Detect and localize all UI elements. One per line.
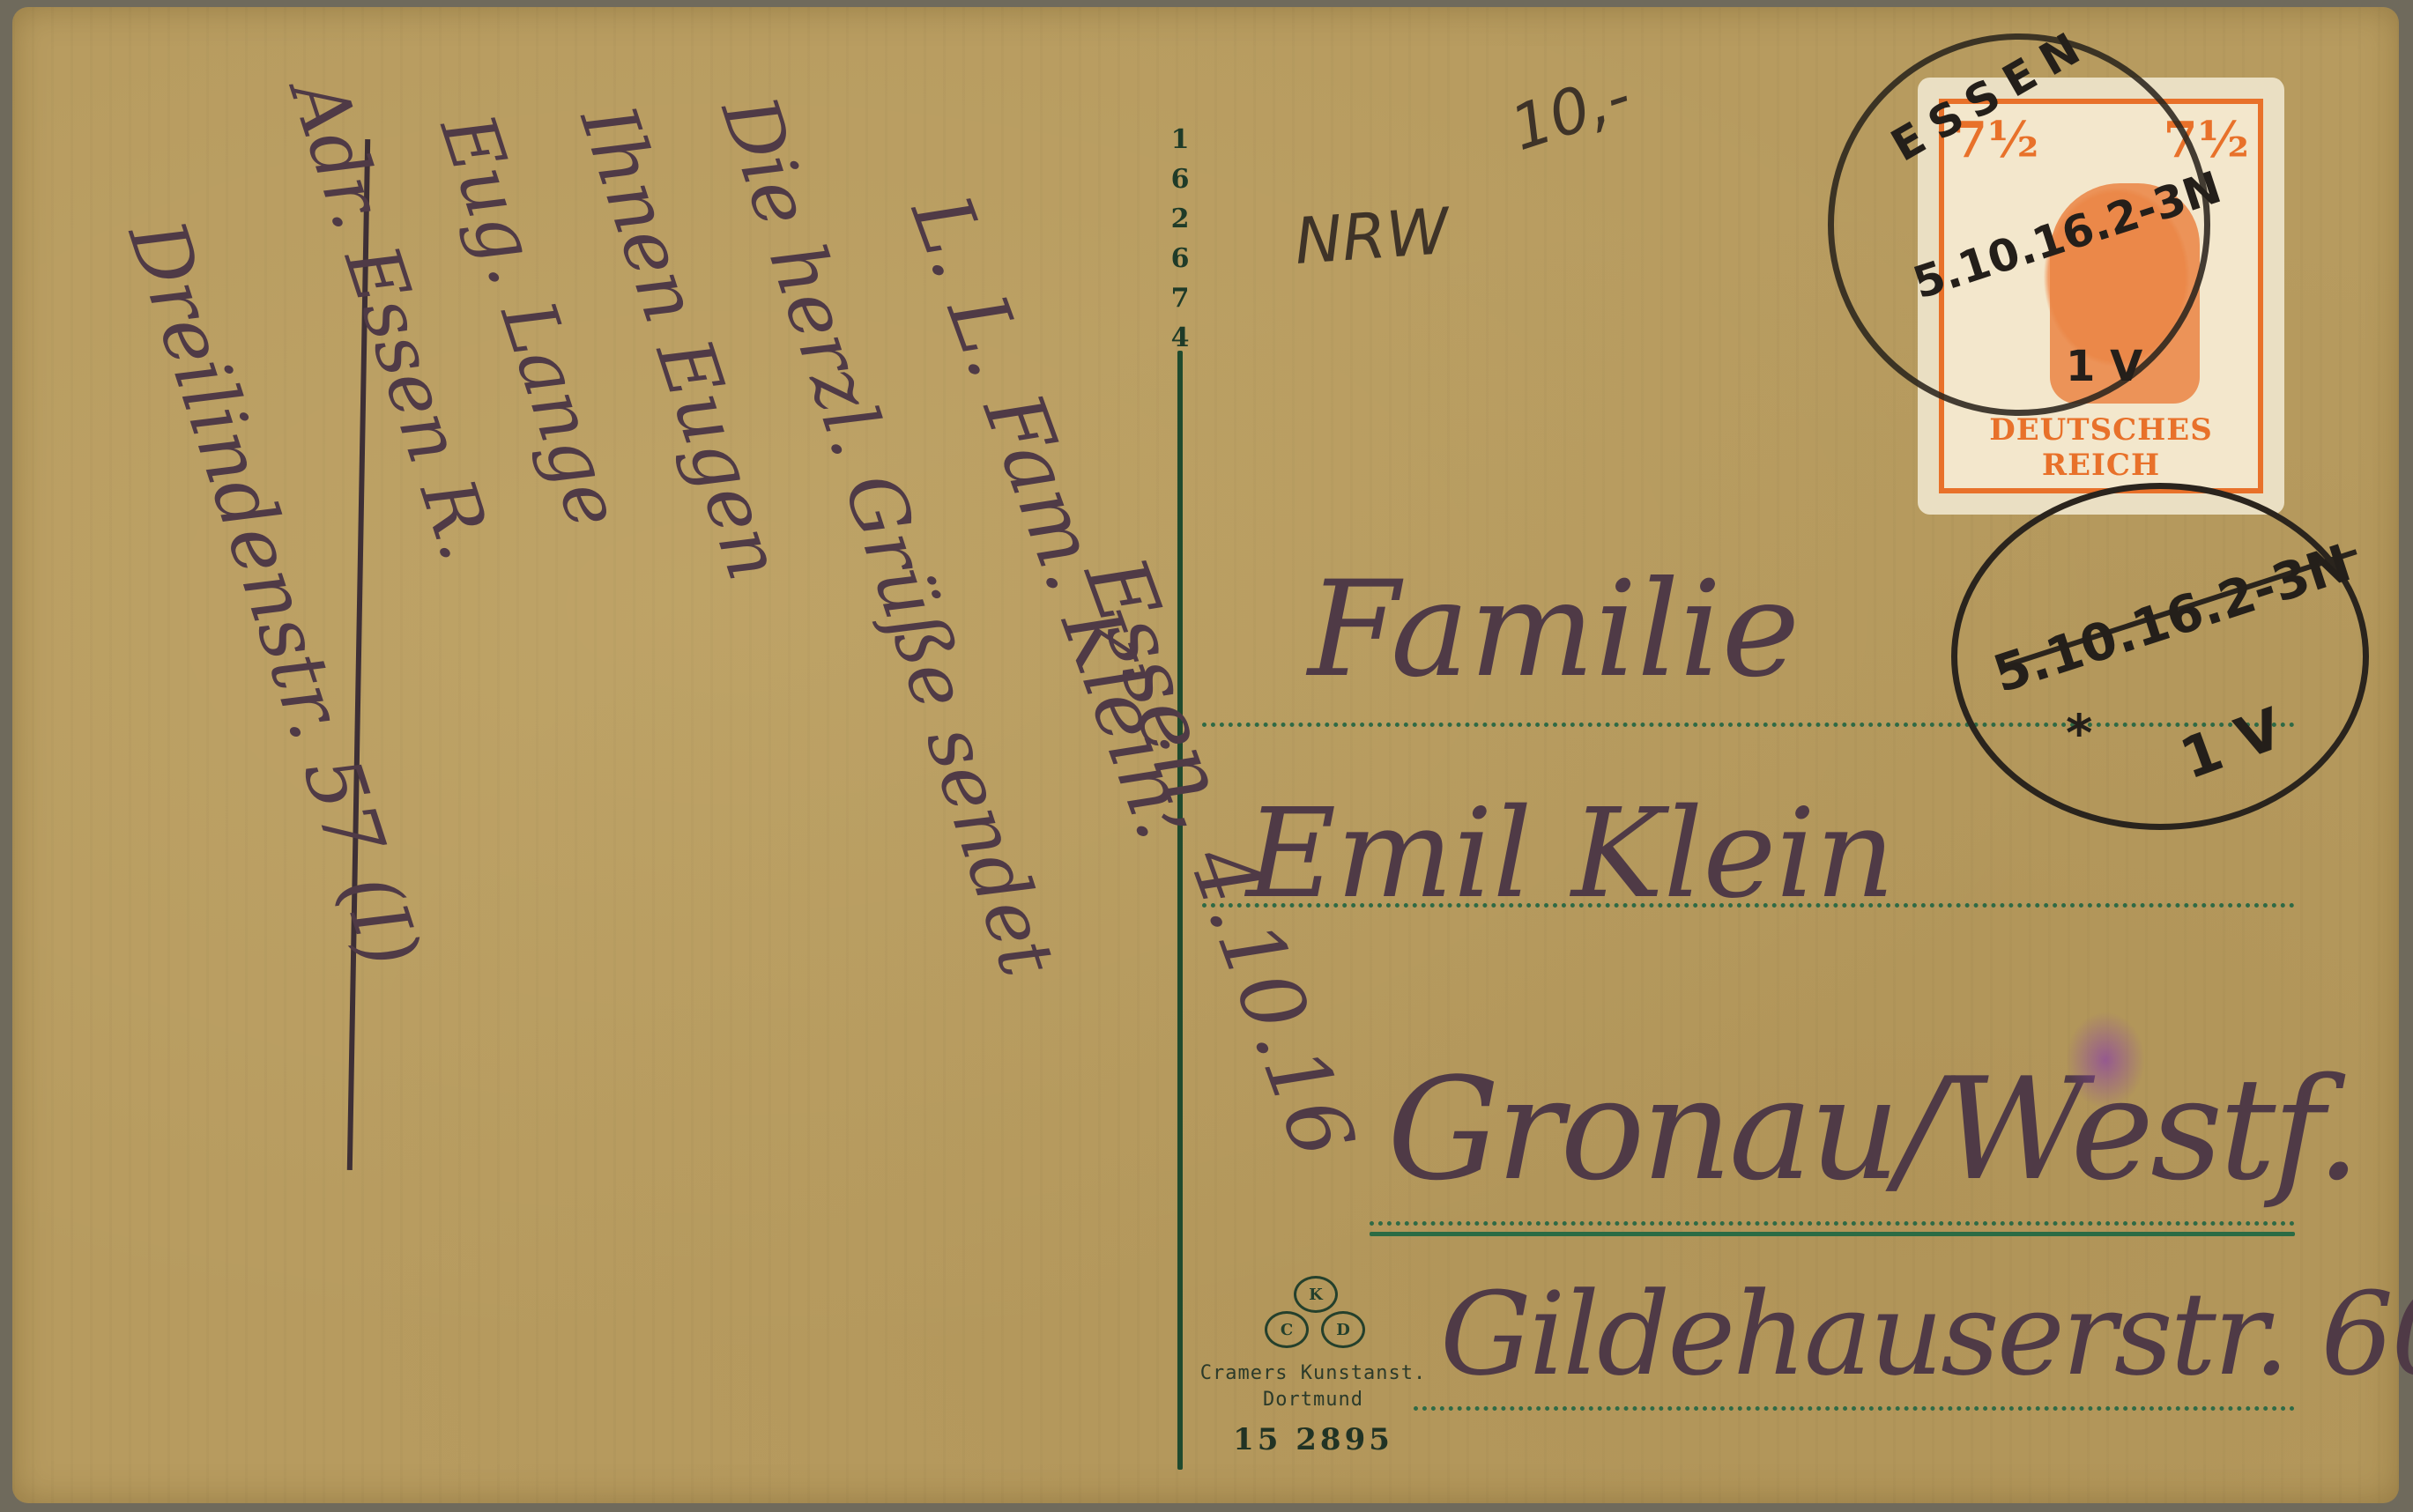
serial-digit: 7 — [1171, 278, 1190, 318]
cloverleaf-logo-icon: K C D — [1265, 1276, 1362, 1355]
address-street: Gildehauserstr. 60 — [1440, 1267, 2413, 1401]
publisher-name: Cramers Kunstanst. — [1199, 1360, 1428, 1387]
address-city: Gronau/Westf. — [1387, 1047, 2357, 1212]
serial-number: 1 6 2 6 7 4 — [1158, 120, 1202, 358]
logo-letter: D — [1321, 1311, 1365, 1348]
postcard: 10,- NRW 1 6 2 6 7 4 Familie Emil Klein … — [12, 7, 2399, 1503]
address-line-3 — [1370, 1221, 2295, 1226]
publisher-number: 15 2895 — [1199, 1422, 1428, 1457]
address-city-underline — [1370, 1232, 2295, 1236]
stamp-country: DEUTSCHES REICH — [1944, 412, 2258, 483]
logo-letter: C — [1265, 1311, 1309, 1348]
postmark-office-1: 1 V — [2066, 342, 2142, 391]
region-note: NRW — [1292, 194, 1452, 278]
center-divider-line — [1177, 351, 1183, 1470]
postmark-mark-2: * — [2066, 703, 2092, 763]
publisher-imprint: K C D Cramers Kunstanst. Dortmund 15 289… — [1199, 1276, 1428, 1457]
logo-letter: K — [1294, 1276, 1338, 1313]
publisher-city: Dortmund — [1199, 1387, 1428, 1413]
serial-digit: 6 — [1171, 239, 1190, 278]
serial-digit: 1 — [1171, 120, 1190, 159]
purple-ink-mark — [2066, 1012, 2145, 1108]
address-name: Emil Klein — [1246, 782, 1895, 926]
address-family: Familie — [1308, 553, 1800, 707]
serial-digit: 6 — [1171, 159, 1190, 199]
price-note: 10,- — [1503, 59, 1639, 165]
address-line-4 — [1414, 1406, 2295, 1411]
serial-digit: 2 — [1171, 199, 1190, 239]
